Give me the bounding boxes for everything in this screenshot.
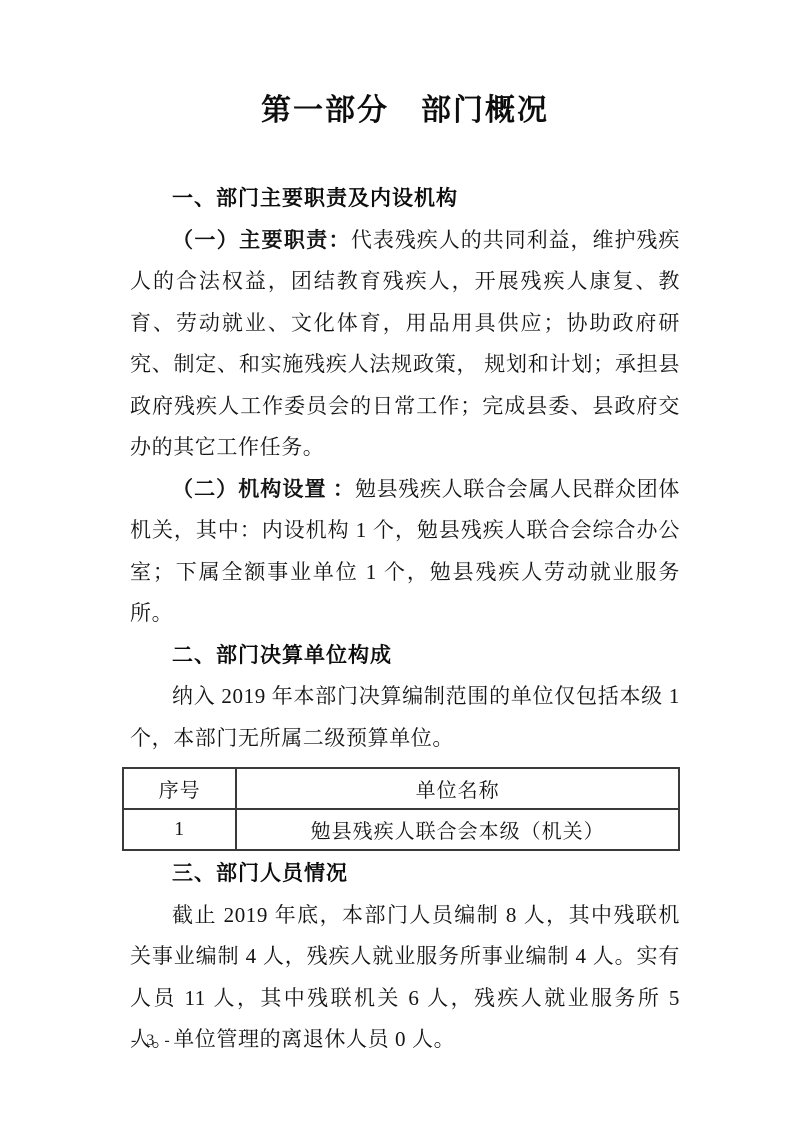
paragraph-org-setup: （二）机构设置 ：勉县残疾人联合会属人民群众团体机关，其中：内设机构 1 个，勉… bbox=[130, 469, 680, 635]
page-title: 第一部分 部门概况 bbox=[130, 0, 680, 130]
unit-table-cell-index: 1 bbox=[123, 809, 236, 850]
paragraph-main-duties: （一）主要职责：代表残疾人的共同利益，维护残疾人的合法权益，团结教育残疾人，开展… bbox=[130, 220, 680, 469]
document-page: 第一部分 部门概况 一、部门主要职责及内设机构 （一）主要职责：代表残疾人的共同… bbox=[0, 0, 793, 1122]
paragraph-personnel: 截止 2019 年底，本部门人员编制 8 人，其中残联机关事业编制 4 人，残疾… bbox=[130, 895, 680, 1061]
unit-table-header-name: 单位名称 bbox=[236, 768, 679, 809]
paragraph-lead-org-setup: （二）机构设置 ： bbox=[172, 477, 355, 501]
section-heading-duties: 一、部门主要职责及内设机构 bbox=[130, 178, 680, 220]
paragraph-unit-composition: 纳入 2019 年本部门决算编制范围的单位仅包括本级 1 个，本部门无所属二级预… bbox=[130, 676, 680, 759]
unit-table-header-index: 序号 bbox=[123, 768, 236, 809]
unit-table-header-row: 序号 单位名称 bbox=[123, 768, 679, 809]
unit-table: 序号 单位名称 1 勉县残疾人联合会本级（机关） bbox=[122, 767, 680, 851]
paragraph-text-unit-composition: 纳入 2019 年本部门决算编制范围的单位仅包括本级 1 个，本部门无所属二级预… bbox=[130, 684, 680, 750]
table-row: 1 勉县残疾人联合会本级（机关） bbox=[123, 809, 679, 850]
paragraph-text-duties: 代表残疾人的共同利益，维护残疾人的合法权益，团结教育残疾人，开展残疾人康复、教育… bbox=[130, 228, 680, 460]
paragraph-text-personnel: 截止 2019 年底，本部门人员编制 8 人，其中残联机关事业编制 4 人，残疾… bbox=[130, 903, 680, 1052]
paragraph-lead-duties: （一）主要职责： bbox=[172, 228, 351, 252]
unit-table-cell-name: 勉县残疾人联合会本级（机关） bbox=[236, 809, 679, 850]
unit-table-head: 序号 单位名称 bbox=[123, 768, 679, 809]
unit-table-body: 1 勉县残疾人联合会本级（机关） bbox=[123, 809, 679, 850]
page-number: - 3 - bbox=[131, 1032, 173, 1050]
document-content: 第一部分 部门概况 一、部门主要职责及内设机构 （一）主要职责：代表残疾人的共同… bbox=[0, 0, 793, 1061]
section-heading-personnel: 三、部门人员情况 bbox=[130, 853, 680, 895]
section-heading-unit-composition: 二、部门决算单位构成 bbox=[130, 635, 680, 677]
